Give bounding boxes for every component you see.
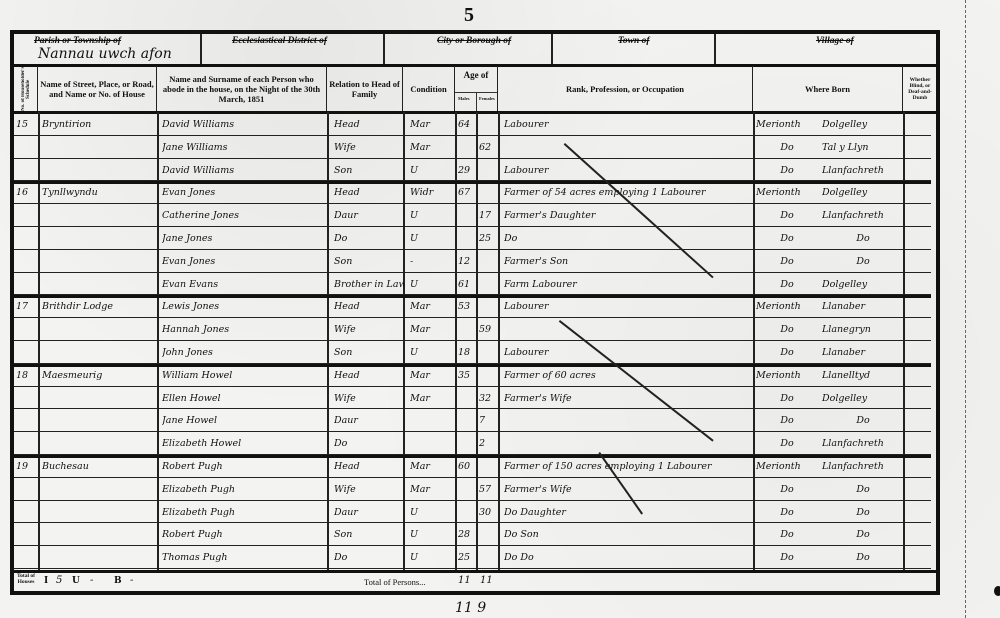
row-rule: [14, 272, 931, 273]
female-age: 32: [479, 388, 499, 409]
schedule-number: [16, 137, 38, 158]
relation: Son: [334, 251, 404, 272]
born-county: Do: [756, 342, 818, 363]
female-age: [479, 251, 499, 272]
parish-label: Parish or Township of: [34, 36, 121, 46]
born-parish: Do: [822, 228, 904, 249]
row-rule: [14, 203, 931, 204]
house-name: [42, 547, 160, 568]
schedule-number: [16, 547, 38, 568]
village-label: Village of: [816, 36, 854, 46]
house-name: [42, 137, 160, 158]
house-name: [42, 228, 160, 249]
page-number: 5: [464, 4, 474, 27]
born-county: Do: [756, 205, 818, 226]
table-row: 18MaesmeurigWilliam HowelHeadMar35Farmer…: [14, 365, 931, 386]
relation: Son: [334, 524, 404, 545]
page-mark: [994, 586, 1000, 596]
occupation: Farmer's Wife: [504, 388, 754, 409]
schedule-number: 15: [16, 114, 38, 135]
female-age: [479, 456, 499, 477]
male-age: 28: [458, 524, 478, 545]
row-rule: [14, 431, 931, 432]
page-edge-perforation: [965, 0, 968, 618]
born-parish: Do: [822, 502, 904, 523]
totals-row: Total of Houses I 5 U - B - Total of Per…: [14, 572, 931, 593]
born-parish: Dolgelley: [822, 182, 904, 203]
male-age: 64: [458, 114, 478, 135]
occupation: Farmer of 150 acres employing 1 Labourer: [504, 456, 754, 477]
person-name: Ellen Howel: [162, 388, 330, 409]
schedule-number: [16, 160, 38, 181]
born-county: Merionth: [756, 365, 818, 386]
born-county: Merionth: [756, 456, 818, 477]
person-name: Evan Jones: [162, 251, 330, 272]
building-prefix: B: [114, 576, 122, 586]
relation: Wife: [334, 319, 404, 340]
born-county: Do: [756, 410, 818, 431]
occupation: [504, 410, 754, 431]
occupation: Do: [504, 228, 754, 249]
occupation: Labourer: [504, 160, 754, 181]
place-ecclesiastical-district: Ecclesiastical District of: [202, 34, 385, 64]
total-males: 11: [458, 575, 471, 586]
relation: Daur: [334, 410, 404, 431]
born-county: Do: [756, 319, 818, 340]
table-row: Elizabeth PughDaurU30Do DaughterDoDo: [14, 502, 931, 523]
female-age: 7: [479, 410, 499, 431]
male-age: [458, 410, 478, 431]
condition: U: [410, 160, 454, 181]
female-age: 57: [479, 479, 499, 500]
header-schedule-no: No. of Householder's Schedule: [14, 66, 38, 112]
schedule-number: [16, 479, 38, 500]
male-age: [458, 137, 478, 158]
born-parish: Do: [822, 410, 904, 431]
condition: U: [410, 342, 454, 363]
house-name: [42, 205, 160, 226]
footer-note: 11 9: [455, 600, 486, 616]
born-parish: Llanfachreth: [822, 205, 904, 226]
born-parish: Llanaber: [822, 296, 904, 317]
relation: Daur: [334, 205, 404, 226]
relation: Son: [334, 160, 404, 181]
place-parish: Parish or Township of Nannau uwch afon: [14, 34, 202, 64]
born-county: Do: [756, 251, 818, 272]
condition: Mar: [410, 456, 454, 477]
row-rule: [14, 408, 931, 409]
ecclesiastical-district-label: Ecclesiastical District of: [232, 36, 327, 46]
row-rule: [14, 500, 931, 501]
table-row: Evan JonesSon-12Farmer's SonDoDo: [14, 251, 931, 272]
table-row: Thomas PughDoU25Do DoDoDo: [14, 547, 931, 568]
condition: Widr: [410, 182, 454, 203]
row-rule: [14, 317, 931, 318]
born-parish: Llanfachreth: [822, 160, 904, 181]
table-row: 16TynllwynduEvan JonesHeadWidr67Farmer o…: [14, 182, 931, 203]
male-age: [458, 205, 478, 226]
male-age: 29: [458, 160, 478, 181]
house-name: [42, 274, 160, 295]
schedule-number: 17: [16, 296, 38, 317]
table-row: 19BuchesauRobert PughHeadMar60Farmer of …: [14, 456, 931, 477]
condition: Mar: [410, 319, 454, 340]
schedule-number: 19: [16, 456, 38, 477]
male-age: 12: [458, 251, 478, 272]
occupation: [504, 433, 754, 454]
row-rule: [14, 135, 931, 136]
house-name: [42, 388, 160, 409]
header-name: Name and Surname of each Person who abod…: [157, 66, 327, 112]
person-name: David Williams: [162, 160, 330, 181]
census-page: 5 Parish or Township of Nannau uwch afon…: [0, 0, 1000, 618]
person-name: John Jones: [162, 342, 330, 363]
occupation: [504, 319, 754, 340]
female-age: [479, 547, 499, 568]
house-name: [42, 251, 160, 272]
house-name: Maesmeurig: [42, 365, 160, 386]
occupation: Do Daughter: [504, 502, 754, 523]
female-age: 62: [479, 137, 499, 158]
person-name: Evan Jones: [162, 182, 330, 203]
person-name: Jane Williams: [162, 137, 330, 158]
row-rule: [14, 568, 931, 569]
condition: U: [410, 205, 454, 226]
female-age: [479, 182, 499, 203]
relation: Head: [334, 296, 404, 317]
table-row: Elizabeth HowelDo2DoLlanfachreth: [14, 433, 931, 454]
male-age: 25: [458, 547, 478, 568]
born-county: Merionth: [756, 114, 818, 135]
occupation: Farm Labourer: [504, 274, 754, 295]
born-parish: Llanegryn: [822, 319, 904, 340]
table-row: Jane JonesDoU25DoDoDo: [14, 228, 931, 249]
born-county: Do: [756, 433, 818, 454]
person-name: Elizabeth Howel: [162, 433, 330, 454]
inhabited-count: 5: [56, 575, 62, 586]
table-row: Robert PughSonU28Do SonDoDo: [14, 524, 931, 545]
row-rule: [14, 545, 931, 546]
condition: -: [410, 251, 454, 272]
schedule-number: [16, 342, 38, 363]
relation: Daur: [334, 502, 404, 523]
house-name: [42, 160, 160, 181]
condition: Mar: [410, 114, 454, 135]
condition: U: [410, 524, 454, 545]
occupation: Do Son: [504, 524, 754, 545]
born-parish: Llanelltyd: [822, 365, 904, 386]
house-name: [42, 502, 160, 523]
relation: Head: [334, 365, 404, 386]
place-town: Town of: [553, 34, 716, 64]
person-name: David Williams: [162, 114, 330, 135]
born-parish: Dolgelley: [822, 114, 904, 135]
relation: Son: [334, 342, 404, 363]
schedule-number: [16, 410, 38, 431]
table-row: Catherine JonesDaurU17Farmer's DaughterD…: [14, 205, 931, 226]
person-name: Robert Pugh: [162, 456, 330, 477]
condition: Mar: [410, 479, 454, 500]
person-name: Evan Evans: [162, 274, 330, 295]
town-label: Town of: [618, 36, 650, 46]
house-name: [42, 319, 160, 340]
female-age: [479, 524, 499, 545]
male-age: [458, 228, 478, 249]
occupation: [504, 137, 754, 158]
born-county: Do: [756, 524, 818, 545]
schedule-number: [16, 388, 38, 409]
header-blind-deaf: Whether Blind, or Deaf-and-Dumb: [903, 66, 937, 112]
relation: Wife: [334, 388, 404, 409]
born-parish: Do: [822, 251, 904, 272]
person-name: Elizabeth Pugh: [162, 502, 330, 523]
female-age: [479, 342, 499, 363]
condition: Mar: [410, 296, 454, 317]
person-name: Robert Pugh: [162, 524, 330, 545]
schedule-number: [16, 274, 38, 295]
uninhabited-prefix: U: [72, 576, 80, 586]
person-name: Hannah Jones: [162, 319, 330, 340]
header-females: Females: [479, 96, 495, 101]
born-county: Merionth: [756, 182, 818, 203]
place-city-borough: City or Borough of: [385, 34, 553, 64]
female-age: [479, 274, 499, 295]
header-occupation: Rank, Profession, or Occupation: [498, 66, 753, 112]
row-rule: [14, 340, 931, 341]
relation: Brother in Law: [334, 274, 404, 295]
female-age: [479, 296, 499, 317]
born-parish: Dolgelley: [822, 274, 904, 295]
male-age: 60: [458, 456, 478, 477]
table-row: David WilliamsSonU29LabourerDoLlanfachre…: [14, 160, 931, 181]
condition: [410, 410, 454, 431]
header-schedule-no-text: No. of Householder's Schedule: [21, 66, 31, 112]
person-name: Catherine Jones: [162, 205, 330, 226]
condition: Mar: [410, 365, 454, 386]
schedule-number: [16, 251, 38, 272]
total-persons-label: Total of Persons...: [364, 577, 426, 587]
table-row: Evan EvansBrother in LawU61Farm Labourer…: [14, 274, 931, 295]
male-age: 35: [458, 365, 478, 386]
row-rule: [14, 386, 931, 387]
house-name: [42, 342, 160, 363]
table-row: 15BryntirionDavid WilliamsHeadMar64Labou…: [14, 114, 931, 135]
born-parish: Tal y Llyn: [822, 137, 904, 158]
female-age: [479, 365, 499, 386]
male-age: [458, 502, 478, 523]
row-rule: [14, 522, 931, 523]
condition: U: [410, 228, 454, 249]
born-county: Do: [756, 479, 818, 500]
total-females: 11: [480, 575, 493, 586]
person-name: Jane Jones: [162, 228, 330, 249]
person-name: Lewis Jones: [162, 296, 330, 317]
schedule-number: [16, 502, 38, 523]
relation: Head: [334, 182, 404, 203]
place-village: Village of: [716, 34, 938, 64]
male-age: 67: [458, 182, 478, 203]
house-name: Buchesau: [42, 456, 160, 477]
relation: Do: [334, 228, 404, 249]
relation: Wife: [334, 479, 404, 500]
male-age: [458, 319, 478, 340]
house-name: Brithdir Lodge: [42, 296, 160, 317]
born-county: Do: [756, 160, 818, 181]
condition: Mar: [410, 137, 454, 158]
header-males: Males: [458, 96, 470, 101]
female-age: 17: [479, 205, 499, 226]
building-count: -: [130, 575, 133, 586]
female-age: 2: [479, 433, 499, 454]
born-county: Do: [756, 547, 818, 568]
house-name: [42, 524, 160, 545]
born-parish: Do: [822, 524, 904, 545]
house-name: [42, 410, 160, 431]
schedule-number: [16, 228, 38, 249]
relation: Head: [334, 114, 404, 135]
born-parish: Do: [822, 479, 904, 500]
row-rule: [14, 249, 931, 250]
condition: [410, 433, 454, 454]
header-where-born: Where Born: [753, 66, 903, 112]
parish-value: Nannau uwch afon: [38, 46, 172, 62]
born-parish: Dolgelley: [822, 388, 904, 409]
condition: U: [410, 274, 454, 295]
male-age: 53: [458, 296, 478, 317]
female-age: 59: [479, 319, 499, 340]
schedule-number: [16, 433, 38, 454]
house-name: [42, 433, 160, 454]
male-age: [458, 433, 478, 454]
city-borough-label: City or Borough of: [437, 36, 511, 46]
born-county: Do: [756, 137, 818, 158]
born-parish: Llanfachreth: [822, 433, 904, 454]
occupation: Do Do: [504, 547, 754, 568]
born-county: Merionth: [756, 296, 818, 317]
header-age: Age of Males Females: [455, 66, 498, 112]
house-name: [42, 479, 160, 500]
female-age: [479, 114, 499, 135]
born-parish: Llanaber: [822, 342, 904, 363]
table-row: Jane WilliamsWifeMar62DoTal y Llyn: [14, 137, 931, 158]
occupation: Farmer's Son: [504, 251, 754, 272]
occupation: Farmer's Daughter: [504, 205, 754, 226]
schedule-number: 18: [16, 365, 38, 386]
table-row: John JonesSonU18LabourerDoLlanaber: [14, 342, 931, 363]
male-age: [458, 479, 478, 500]
relation: Do: [334, 547, 404, 568]
total-houses-label: Total of Houses: [14, 574, 38, 585]
house-name: Bryntirion: [42, 114, 160, 135]
born-county: Do: [756, 274, 818, 295]
born-county: Do: [756, 388, 818, 409]
row-rule: [14, 477, 931, 478]
header-street: Name of Street, Place, or Road, and Name…: [38, 66, 157, 112]
male-age: 18: [458, 342, 478, 363]
born-parish: Do: [822, 547, 904, 568]
female-age: 30: [479, 502, 499, 523]
header-age-of: Age of: [455, 70, 497, 80]
inhabited-prefix: I: [44, 576, 48, 586]
schedule-number: [16, 524, 38, 545]
table-row: Jane HowelDaur7DoDo: [14, 410, 931, 431]
male-age: 61: [458, 274, 478, 295]
occupation: Labourer: [504, 114, 754, 135]
schedule-number: 16: [16, 182, 38, 203]
person-name: Thomas Pugh: [162, 547, 330, 568]
age-column-divider: [476, 92, 477, 112]
row-rule: [14, 226, 931, 227]
row-rule: [14, 158, 931, 159]
uninhabited-count: -: [90, 575, 93, 586]
condition: U: [410, 502, 454, 523]
male-age: [458, 388, 478, 409]
person-name: William Howel: [162, 365, 330, 386]
relation: Wife: [334, 137, 404, 158]
born-parish: Llanfachreth: [822, 456, 904, 477]
schedule-number: [16, 205, 38, 226]
header-condition: Condition: [403, 66, 455, 112]
relation: Do: [334, 433, 404, 454]
table-row: Hannah JonesWifeMar59DoLlanegryn: [14, 319, 931, 340]
occupation: Labourer: [504, 342, 754, 363]
schedule-number: [16, 319, 38, 340]
person-name: Elizabeth Pugh: [162, 479, 330, 500]
table-row: Elizabeth PughWifeMar57Farmer's WifeDoDo: [14, 479, 931, 500]
table-row: Ellen HowelWifeMar32Farmer's WifeDoDolge…: [14, 388, 931, 409]
condition: U: [410, 547, 454, 568]
person-name: Jane Howel: [162, 410, 330, 431]
header-relation: Relation to Head of Family: [327, 66, 403, 112]
house-name: Tynllwyndu: [42, 182, 160, 203]
occupation: Labourer: [504, 296, 754, 317]
born-county: Do: [756, 502, 818, 523]
female-age: 25: [479, 228, 499, 249]
born-county: Do: [756, 228, 818, 249]
relation: Head: [334, 456, 404, 477]
table-row: 17Brithdir LodgeLewis JonesHeadMar53Labo…: [14, 296, 931, 317]
condition: Mar: [410, 388, 454, 409]
female-age: [479, 160, 499, 181]
